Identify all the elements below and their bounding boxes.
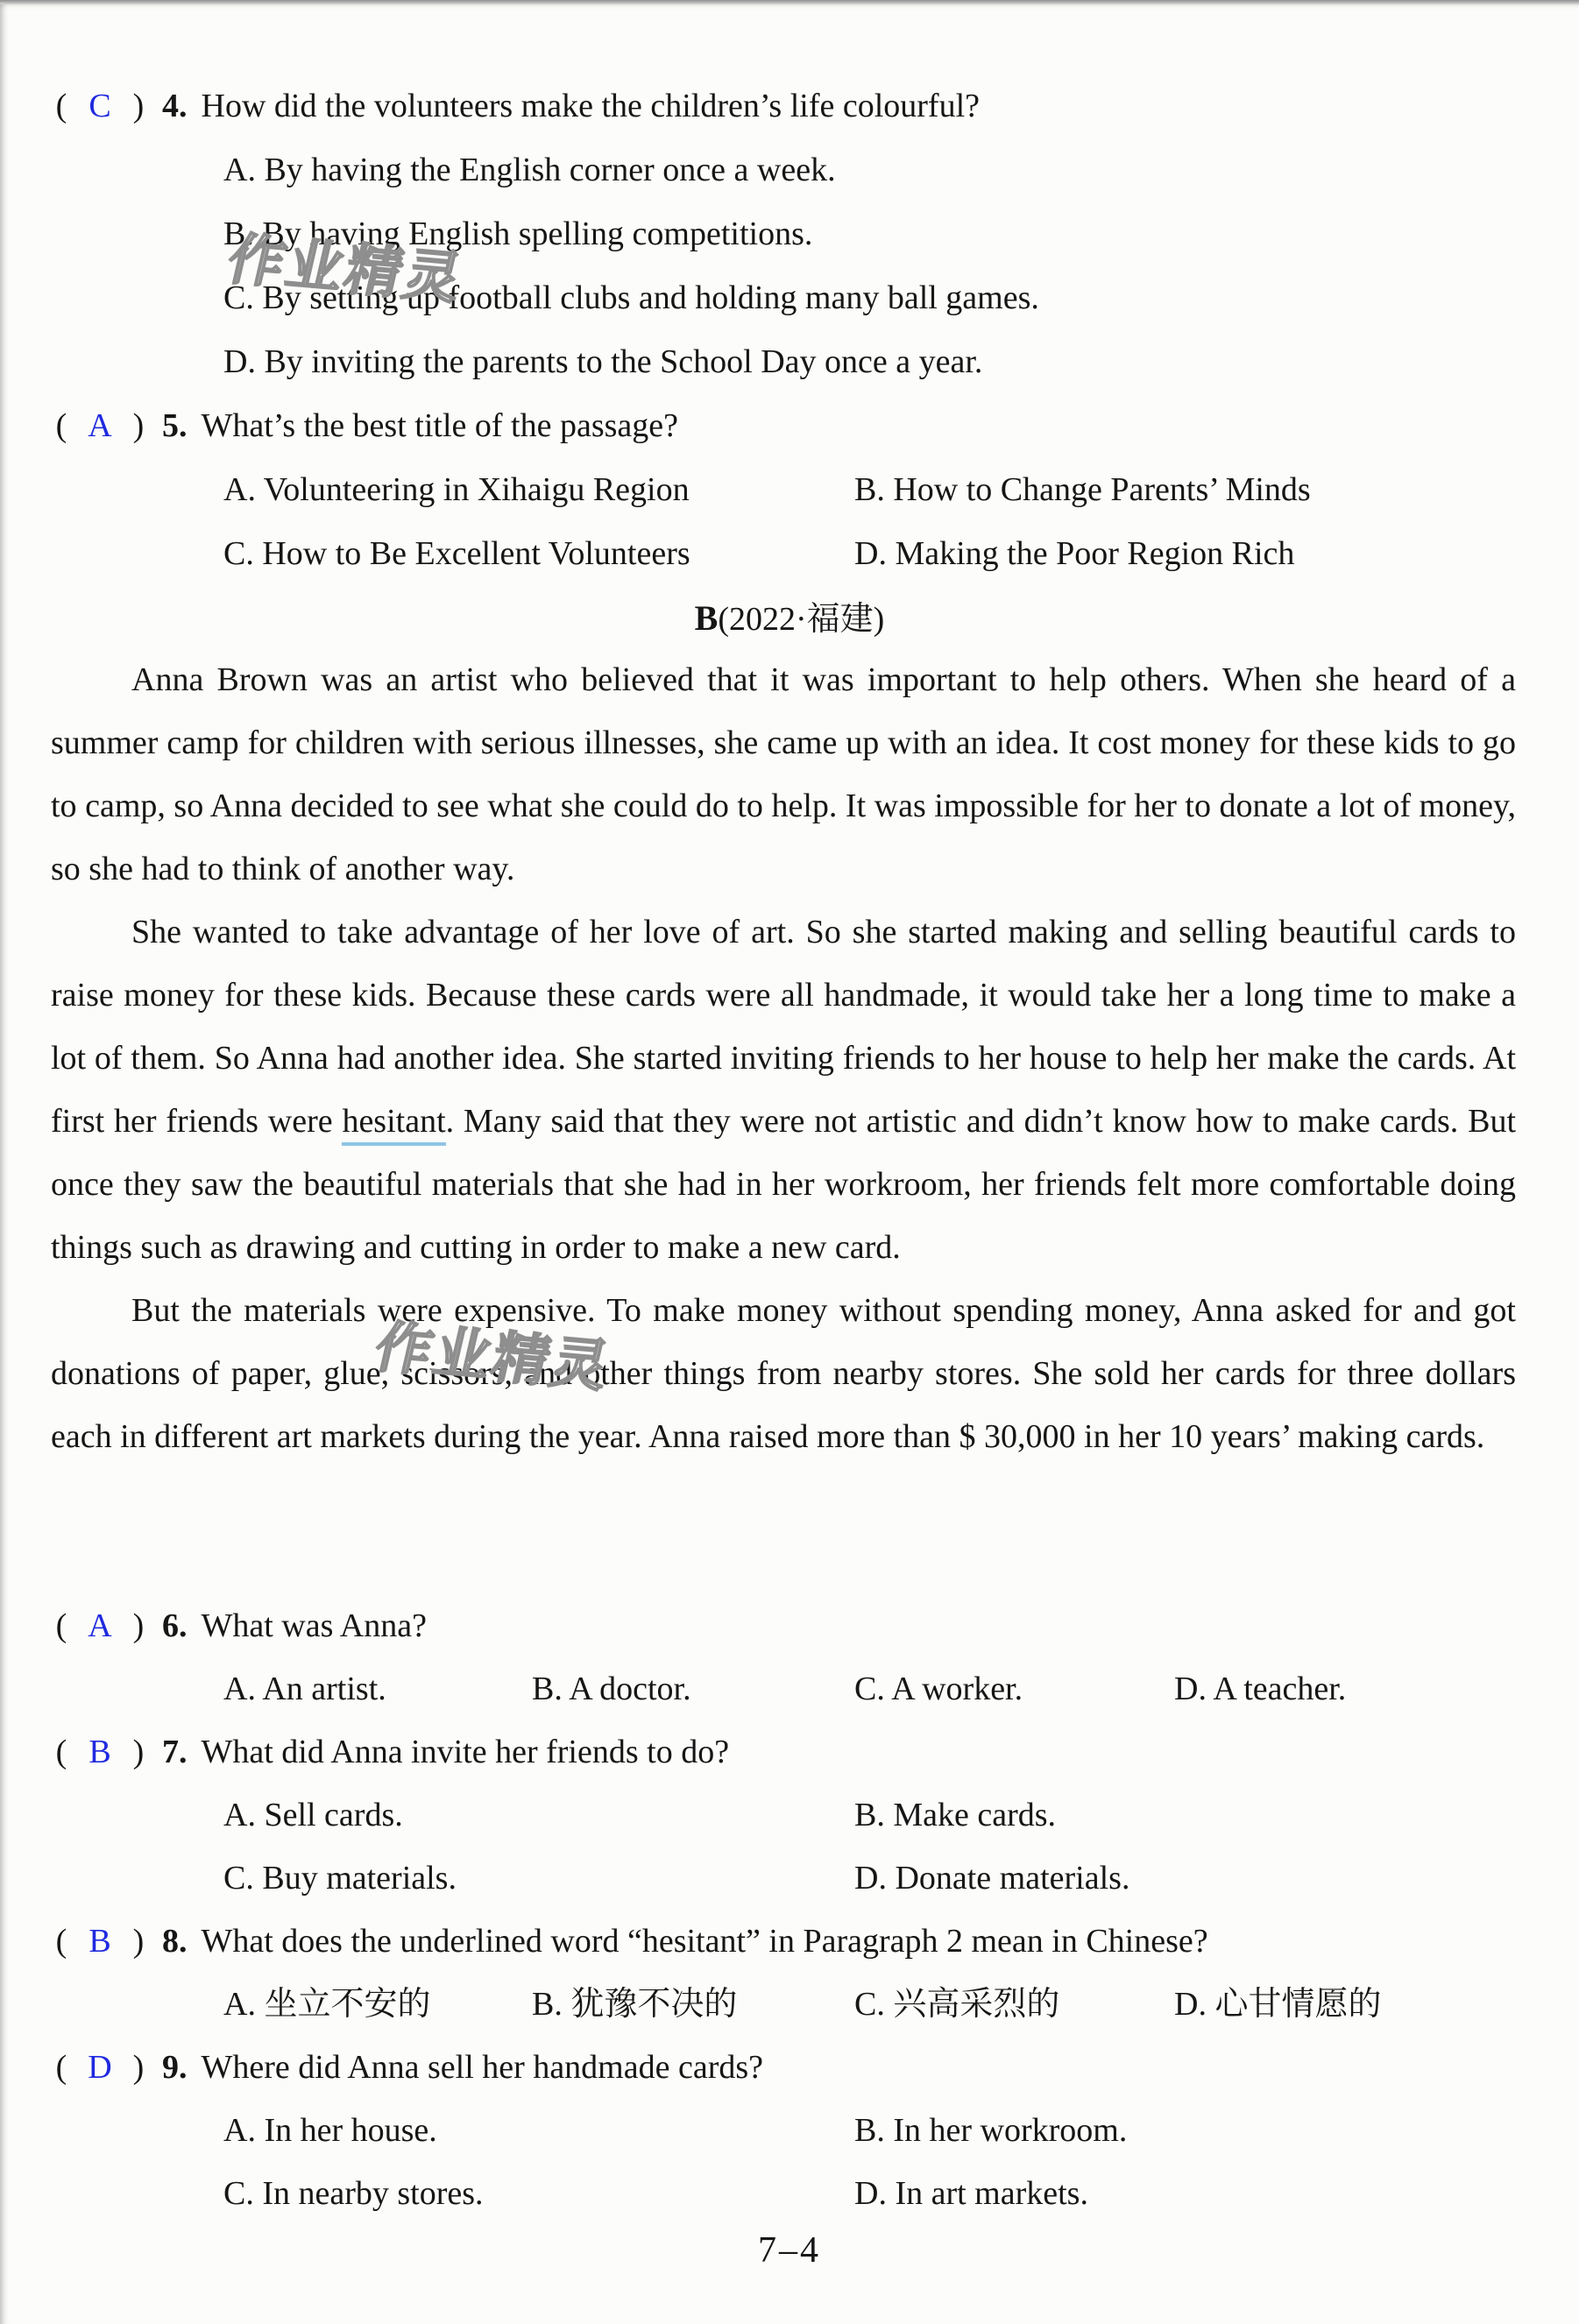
question-9-option-a: A. In her house. xyxy=(223,2099,437,2162)
test-paper-page: 作业精灵 作业精灵 (C)4.How did the volunteers ma… xyxy=(0,0,1579,2324)
passage-paragraph-2: She wanted to take advantage of her love… xyxy=(51,901,1516,1279)
question-7: (B)7.What did Anna invite her friends to… xyxy=(0,1720,1579,1784)
question-9-number: 9. xyxy=(162,2049,188,2086)
question-6-option-c: C. A worker. xyxy=(854,1657,1023,1720)
question-7-number: 7. xyxy=(162,1734,188,1770)
question-4-text: How did the volunteers make the children… xyxy=(202,88,981,124)
question-8-option-a: A. 坐立不安的 xyxy=(223,1973,430,2036)
question-4-option-a: A. By having the English corner once a w… xyxy=(0,138,1579,202)
question-6-text: What was Anna? xyxy=(202,1607,427,1644)
answer-8: B xyxy=(87,1910,113,1973)
question-6-option-a: A. An artist. xyxy=(223,1657,386,1720)
paren-open: ( xyxy=(48,74,74,138)
question-6-number: 6. xyxy=(162,1607,188,1644)
answer-7: B xyxy=(87,1720,113,1784)
paren-open: ( xyxy=(48,1720,74,1784)
question-5-option-b: B. How to Change Parents’ Minds xyxy=(854,458,1311,522)
question-6-option-b: B. A doctor. xyxy=(532,1657,691,1720)
question-8-number: 8. xyxy=(162,1923,188,1960)
paren-close: ) xyxy=(125,1594,152,1657)
paren-close: ) xyxy=(125,74,152,138)
question-7-option-a: A. Sell cards. xyxy=(223,1784,403,1847)
question-8-text: What does the underlined word “hesitant”… xyxy=(202,1923,1208,1960)
paren-open: ( xyxy=(48,394,74,458)
question-7-option-d: D. Donate materials. xyxy=(854,1847,1129,1910)
passage-source: (2022·福建) xyxy=(718,601,884,638)
questions-4-5-section: (C)4.How did the volunteers make the chi… xyxy=(0,74,1579,650)
question-9-option-b: B. In her workroom. xyxy=(854,2099,1127,2162)
passage-heading: B(2022·福建) xyxy=(0,586,1579,650)
question-8-options-row: A. 坐立不安的 B. 犹豫不决的 C. 兴高采烈的 D. 心甘情愿的 xyxy=(0,1973,1579,2036)
page-number: 7–4 xyxy=(0,2229,1579,2271)
question-7-option-b: B. Make cards. xyxy=(854,1784,1056,1847)
question-7-options-row-2: C. Buy materials. D. Donate materials. xyxy=(0,1847,1579,1910)
answer-9: D xyxy=(87,2036,113,2099)
reading-passage: Anna Brown was an artist who believed th… xyxy=(51,648,1516,1468)
paren-close: ) xyxy=(125,1720,152,1784)
question-4: (C)4.How did the volunteers make the chi… xyxy=(0,74,1579,138)
passage-paragraph-3: But the materials were expensive. To mak… xyxy=(51,1279,1516,1468)
question-9-option-c: C. In nearby stores. xyxy=(223,2162,484,2225)
paren-open: ( xyxy=(48,2036,74,2099)
passage-paragraph-1: Anna Brown was an artist who believed th… xyxy=(51,648,1516,901)
questions-6-9-section: (A)6.What was Anna? A. An artist. B. A d… xyxy=(0,1594,1579,2225)
question-9-options-row-1: A. In her house. B. In her workroom. xyxy=(0,2099,1579,2162)
question-6-option-d: D. A teacher. xyxy=(1174,1657,1346,1720)
answer-5: A xyxy=(87,394,113,458)
underlined-word-hesitant: hesitant xyxy=(342,1103,445,1146)
question-5-options-row-1: A. Volunteering in Xihaigu Region B. How… xyxy=(0,458,1579,522)
question-5-number: 5. xyxy=(162,407,188,444)
paren-open: ( xyxy=(48,1910,74,1973)
question-5-option-a: A. Volunteering in Xihaigu Region xyxy=(223,458,690,522)
answer-6: A xyxy=(87,1594,113,1657)
question-5-option-d: D. Making the Poor Region Rich xyxy=(854,522,1294,586)
question-6-options-row: A. An artist. B. A doctor. C. A worker. … xyxy=(0,1657,1579,1720)
question-7-options-row-1: A. Sell cards. B. Make cards. xyxy=(0,1784,1579,1847)
paren-open: ( xyxy=(48,1594,74,1657)
question-8: (B)8.What does the underlined word “hesi… xyxy=(0,1910,1579,1973)
answer-4: C xyxy=(87,74,113,138)
question-8-option-d: D. 心甘情愿的 xyxy=(1174,1973,1381,2036)
paren-close: ) xyxy=(125,2036,152,2099)
paren-close: ) xyxy=(125,394,152,458)
question-8-option-c: C. 兴高采烈的 xyxy=(854,1973,1059,2036)
question-8-option-b: B. 犹豫不决的 xyxy=(532,1973,737,2036)
question-7-text: What did Anna invite her friends to do? xyxy=(202,1734,730,1770)
question-5: (A)5.What’s the best title of the passag… xyxy=(0,394,1579,458)
question-5-text: What’s the best title of the passage? xyxy=(202,407,679,444)
question-9-option-d: D. In art markets. xyxy=(854,2162,1088,2225)
question-4-number: 4. xyxy=(162,88,188,124)
question-9-options-row-2: C. In nearby stores. D. In art markets. xyxy=(0,2162,1579,2225)
question-4-option-d: D. By inviting the parents to the School… xyxy=(0,330,1579,394)
question-5-options-row-2: C. How to Be Excellent Volunteers D. Mak… xyxy=(0,522,1579,586)
question-9-text: Where did Anna sell her handmade cards? xyxy=(202,2049,764,2086)
paren-close: ) xyxy=(125,1910,152,1973)
passage-label: B xyxy=(695,598,719,638)
question-7-option-c: C. Buy materials. xyxy=(223,1847,457,1910)
question-5-option-c: C. How to Be Excellent Volunteers xyxy=(223,522,690,586)
question-6: (A)6.What was Anna? xyxy=(0,1594,1579,1657)
question-9: (D)9.Where did Anna sell her handmade ca… xyxy=(0,2036,1579,2099)
